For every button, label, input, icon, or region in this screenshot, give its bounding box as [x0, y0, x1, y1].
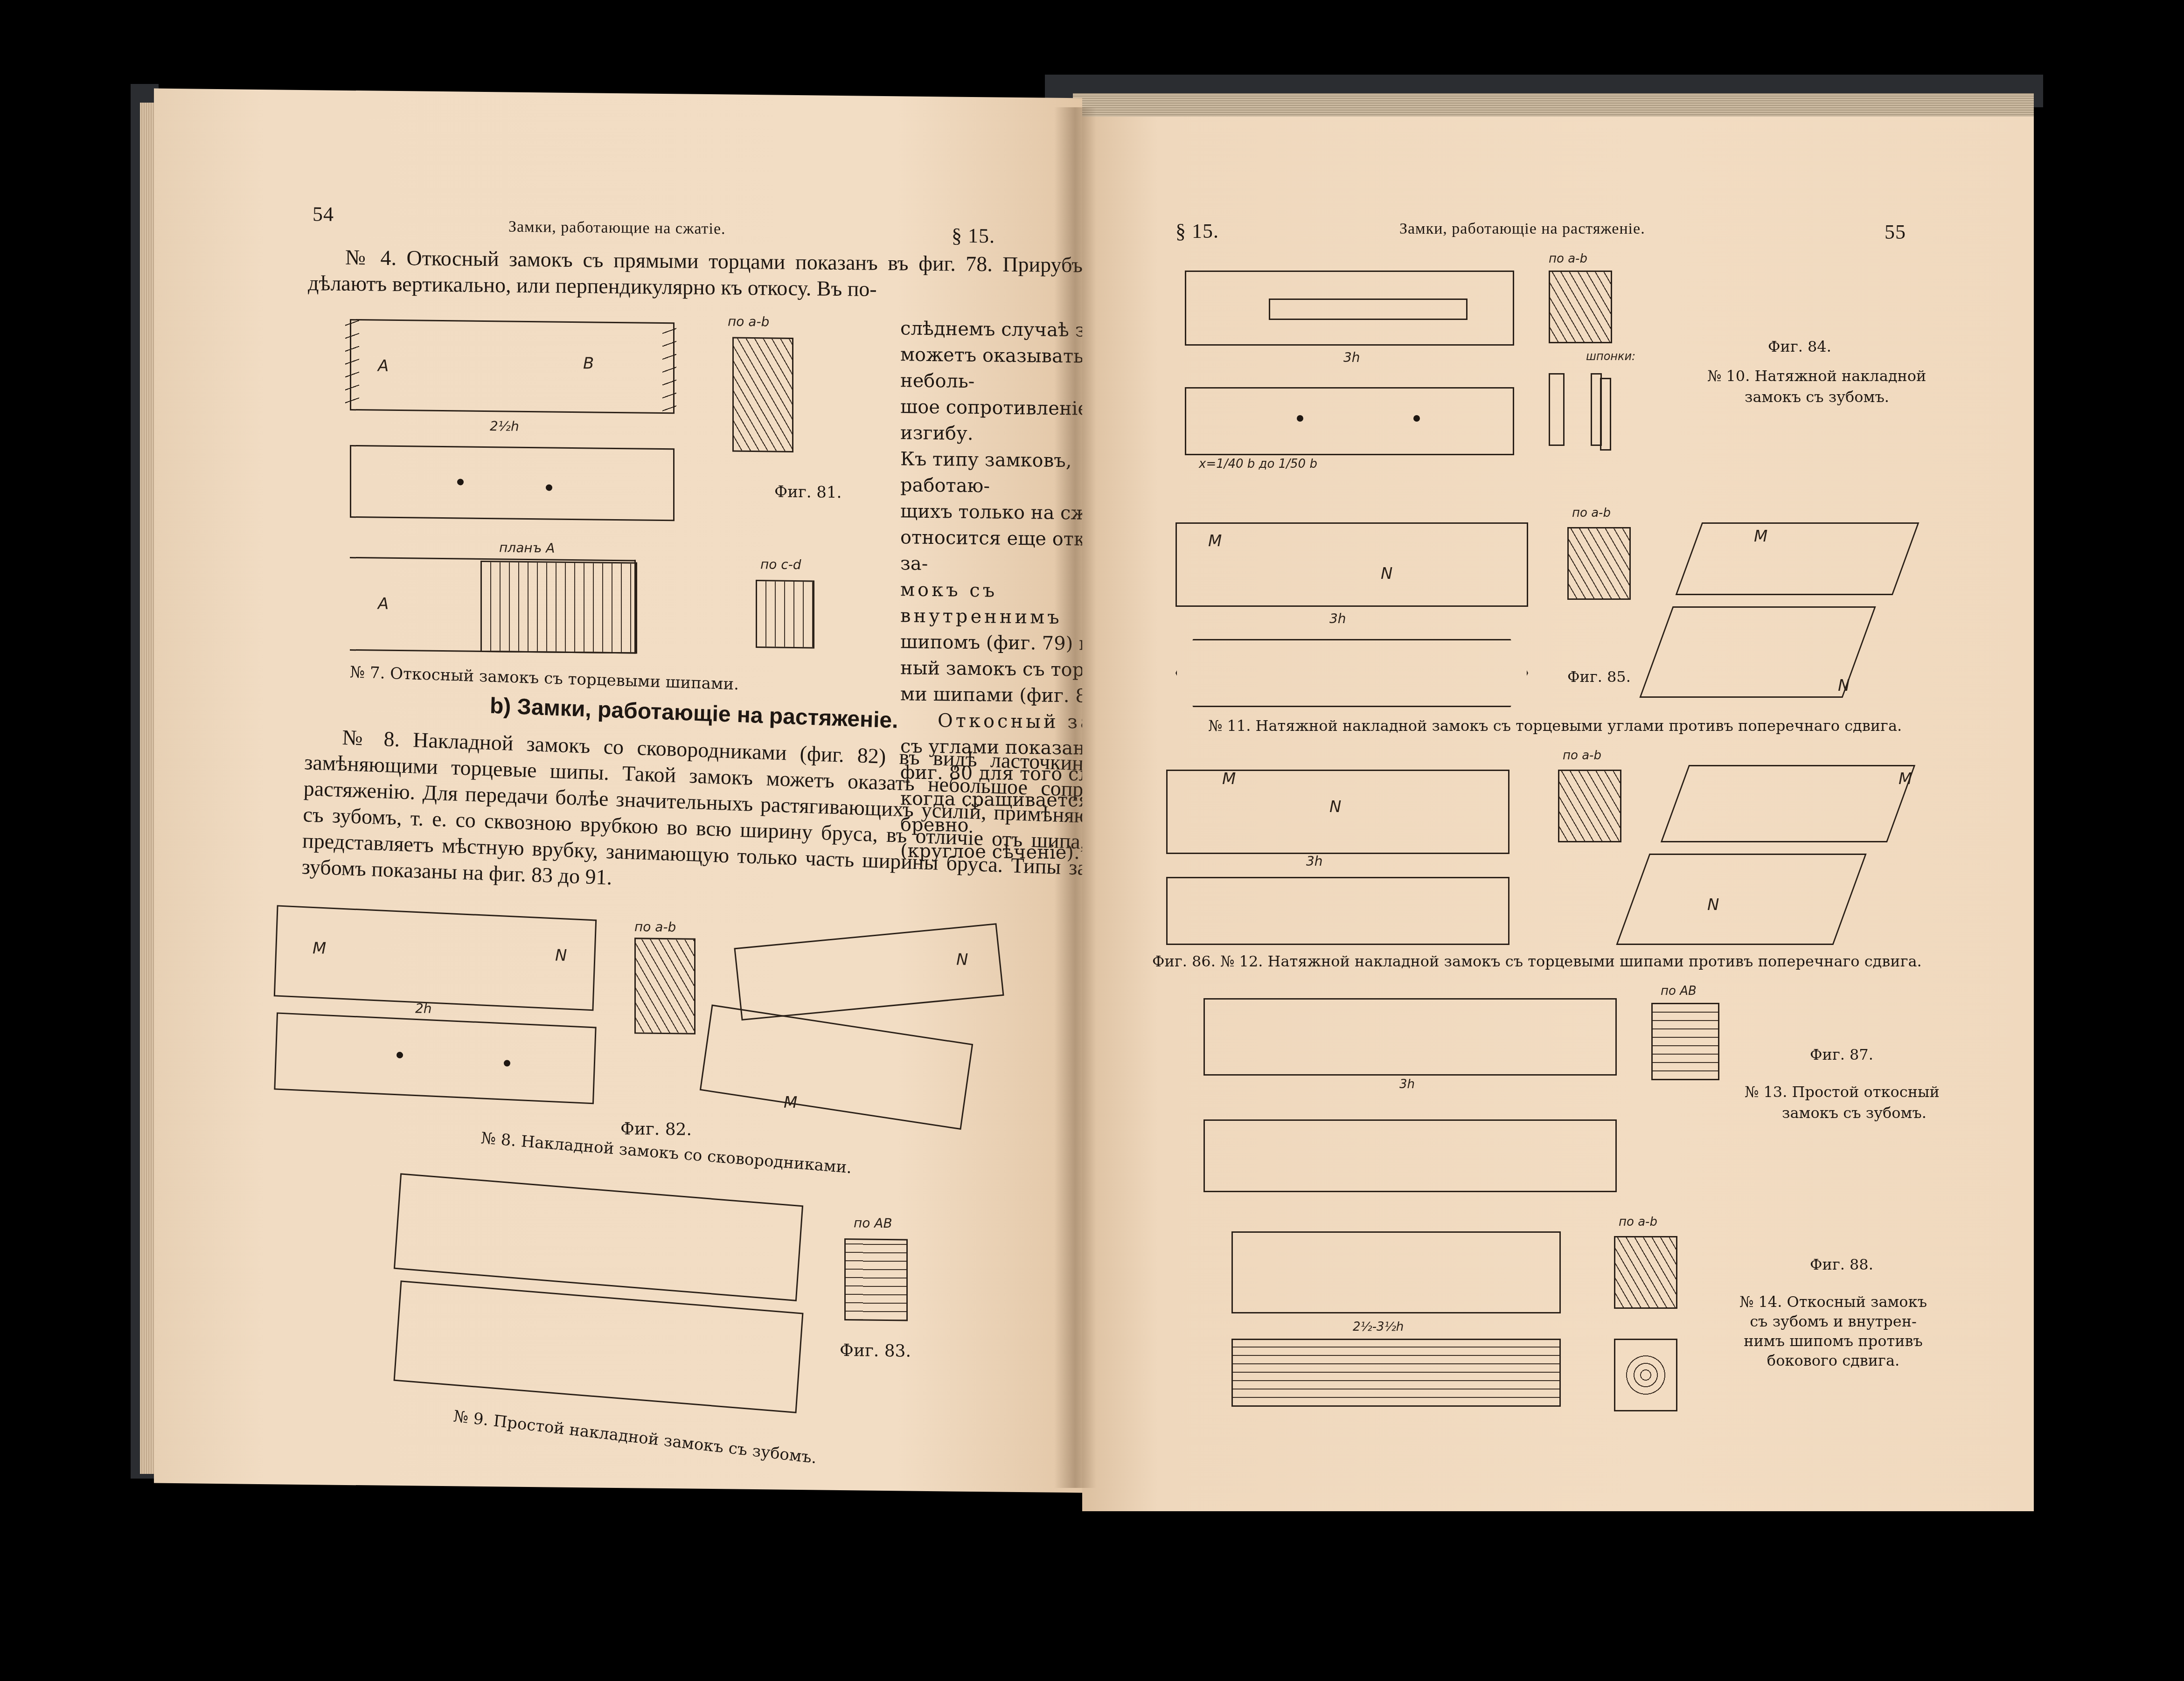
fig88-label: Фиг. 88. [1810, 1255, 1873, 1274]
fig81-plan-label: планъ A [499, 540, 555, 556]
running-head: Замки, работающіе на растяженіе. [1399, 220, 1645, 238]
fig86-section [1558, 770, 1621, 842]
fig86-label-m: M [1222, 770, 1236, 788]
fig86-iso-lower [1616, 854, 1866, 945]
fig87-dim: 3h [1399, 1077, 1415, 1091]
fig84-formula: x=1/40 b до 1/50 b [1199, 457, 1317, 471]
fig84-caption-line1: № 10. Натяжной накладной [1707, 366, 1926, 386]
fig82-iso-lower [700, 1005, 973, 1130]
fig87-plan [1203, 1119, 1617, 1192]
fig85-iso-m: M [1754, 527, 1767, 546]
fig85-plan [1175, 639, 1528, 707]
left-page: 54 Замки, работающие на сжатіе. § 15. № … [154, 89, 1082, 1493]
fig86-caption: Фиг. 86. № 12. Натяжной накладной замокъ… [1152, 952, 1922, 971]
fig84-section-label: по a-b [1549, 252, 1587, 266]
fig81-beam-elevation [350, 319, 675, 414]
fig81-label-a: A [378, 357, 389, 375]
fig84-section [1549, 271, 1612, 343]
fig84-plan [1185, 387, 1514, 455]
paragraph-no4: № 4. Откосный замокъ съ прямыми торцами … [308, 244, 1082, 305]
fig84-bolt [1297, 415, 1303, 422]
fig85-section-label: по a-b [1572, 506, 1611, 520]
fig86-dim: 3h [1306, 854, 1323, 869]
fig88-section-label: по a-b [1619, 1215, 1657, 1229]
fig81-caption: № 7. Откосный замокъ съ торцевыми шипами… [350, 662, 739, 694]
fig83-section-label: по AB [854, 1215, 892, 1231]
fig82-beam-elevation [274, 905, 597, 1011]
fig83-plan [394, 1280, 804, 1413]
fig83-caption: № 9. Простой накладной замокъ съ зубомъ. [452, 1407, 818, 1468]
fig88-end-grain [1614, 1339, 1677, 1411]
fig87-label: Фиг. 87. [1810, 1045, 1873, 1064]
fig82-section-label: по a-b [634, 919, 676, 935]
fig81-bolt [546, 484, 552, 491]
fig87-caption-line2: замокъ съ зубомъ. [1782, 1103, 1927, 1123]
fig88-caption-line: бокового сдвига. [1735, 1351, 1931, 1370]
fig81-section-label: по a-b [728, 313, 769, 329]
fig85-caption: № 11. Натяжной накладной замокъ съ торце… [1208, 716, 1902, 736]
fig81-plan-outline [350, 557, 636, 653]
fig88-dim: 2½-3½h [1353, 1320, 1404, 1334]
fig81-label-b: B [583, 354, 594, 373]
fig82-bolt [396, 1052, 403, 1058]
fig81-break-left [345, 319, 359, 408]
fig82-iso-m: M [784, 1093, 797, 1112]
figure-82: M N 2h по a-b N M Фиг. 82. № 8. Накладно… [154, 89, 1082, 98]
fig86-plan [1166, 877, 1509, 945]
fig81-bolt [457, 479, 464, 485]
section-heading: b) Замки, работающіе на растяженіе. [489, 693, 898, 734]
fig85-label: Фиг. 85. [1567, 667, 1631, 687]
fig83-elevation [394, 1173, 803, 1301]
fig85-iso-upper [1676, 522, 1920, 595]
fig84-caption-line2: замокъ съ зубомъ. [1745, 387, 1889, 407]
figure-81: A B 2½h по a-b Фиг. 81. планъ A A по c-d [154, 89, 1082, 98]
fig88-caption-line: нимъ шипомъ противъ [1735, 1331, 1931, 1351]
fig82-label: Фиг. 82. [620, 1119, 692, 1140]
fig82-label-n: N [555, 946, 567, 965]
fig84-label: Фиг. 84. [1768, 337, 1831, 356]
section-mark: § 15. [952, 223, 995, 248]
fig82-label-m: M [313, 939, 326, 958]
paragraph-no8: № 8. Накладной замокъ со сковородниками … [301, 723, 1082, 910]
fig85-label-n: N [1381, 564, 1392, 583]
fig83-section [844, 1238, 908, 1321]
fig82-iso-upper [734, 923, 1004, 1021]
fig85-iso-n: N [1838, 676, 1850, 695]
fig87-section [1651, 1003, 1719, 1080]
fig88-plan [1231, 1339, 1561, 1407]
fig88-caption-line: съ зубомъ и внутрен- [1735, 1312, 1931, 1331]
fig82-dim: 2h [415, 1000, 432, 1016]
fig87-section-label: по AB [1661, 984, 1697, 998]
figure-83: по AB Фиг. 83. № 9. Простой накладной за… [154, 89, 1082, 98]
gutter-shadow [1054, 107, 1096, 1488]
page-number: 54 [313, 202, 334, 226]
fig86-iso-upper [1661, 765, 1915, 842]
fig84-dim-3h: 3h [1343, 350, 1360, 365]
fig81-section-cd [756, 580, 814, 648]
page-number: 55 [1885, 220, 1906, 244]
fig85-section [1567, 527, 1631, 600]
fig81-label: Фиг. 81. [774, 482, 842, 503]
fig88-section [1614, 1236, 1677, 1309]
fig84-keys-label: шпонки: [1586, 350, 1635, 363]
section-mark: § 15. [1175, 219, 1219, 243]
running-head: Замки, работающие на сжатіе. [508, 218, 726, 238]
fig88-elevation [1231, 1231, 1561, 1313]
fig81-dim: 2½h [490, 418, 519, 434]
fig82-beam-plan [274, 1012, 596, 1104]
fig81-beam-plan [350, 445, 675, 521]
right-page: § 15. Замки, работающіе на растяженіе. 5… [1082, 117, 2034, 1511]
fig86-iso-n: N [1707, 896, 1719, 914]
fig84-bolt [1413, 415, 1420, 422]
fig86-label-n: N [1329, 798, 1341, 816]
fig85-dim: 3h [1329, 611, 1346, 626]
fig86-iso-m: M [1899, 770, 1912, 788]
fig88-caption-line: № 14. Откосный замокъ [1735, 1292, 1931, 1312]
fig85-elevation [1175, 522, 1528, 607]
fig81-section-ab [732, 337, 793, 452]
fig84-key [1600, 378, 1611, 451]
fig82-section [634, 938, 696, 1034]
fig84-key [1549, 373, 1565, 446]
fig82-iso-n: N [956, 951, 968, 969]
fig81-plan-a-letter: A [378, 595, 389, 613]
fig82-bolt [504, 1060, 510, 1066]
fig81-section-cd-label: по c-d [760, 556, 801, 572]
fig86-section-label: по a-b [1563, 749, 1601, 763]
fig88-caption: № 14. Откосный замокъ съ зубомъ и внутре… [1735, 1292, 1931, 1370]
fig85-label-m: M [1208, 532, 1222, 550]
fig83-label: Фиг. 83. [840, 1341, 911, 1361]
fig81-break-right [662, 327, 676, 416]
fig87-elevation [1203, 998, 1617, 1076]
fig87-caption-line1: № 13. Простой откосный [1745, 1082, 1940, 1102]
fig84-notch [1269, 299, 1468, 320]
